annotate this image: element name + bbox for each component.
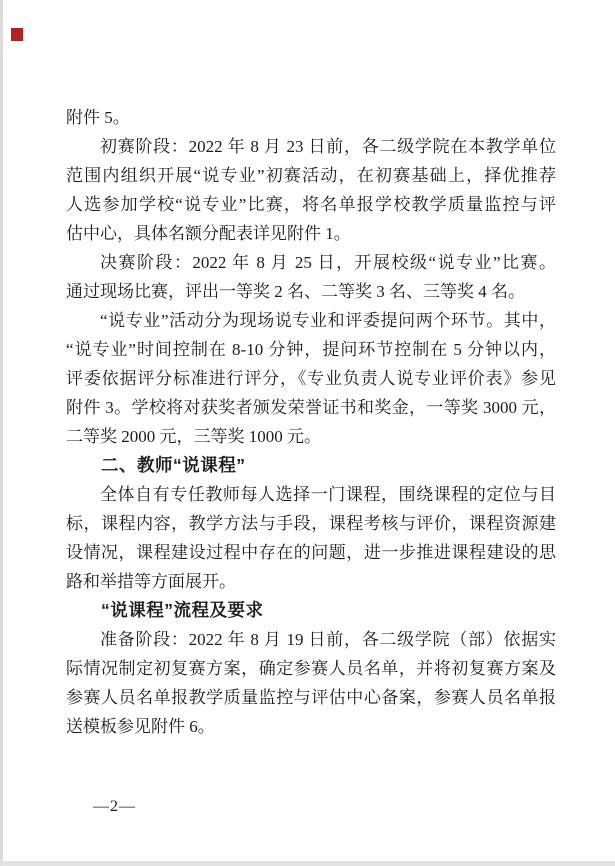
body-line: “说专业”时间控制在 8-10 分钟，提问环节控制在 5 分钟以内， [66, 335, 556, 364]
page-number: —2— [93, 798, 136, 816]
body-line: 标，课程内容，教学方法与手段，课程考核与评价，课程资源建 [66, 509, 556, 538]
document-body: 附件 5。 初赛阶段：2022 年 8 月 23 日前，各二级学院在本教学单位 … [66, 103, 556, 741]
body-line: 估中心，具体名额分配表详见附件 1。 [66, 219, 556, 248]
body-line: 准备阶段：2022 年 8 月 19 日前，各二级学院（部）依据实 [66, 625, 556, 654]
body-line: 人选参加学校“说专业”比赛，将名单报学校教学质量监控与评 [66, 190, 556, 219]
body-line: 附件 5。 [66, 103, 556, 132]
document-page: 附件 5。 初赛阶段：2022 年 8 月 23 日前，各二级学院在本教学单位 … [0, 0, 615, 866]
body-line: 设情况，课程建设过程中存在的问题，进一步推进课程建设的思 [66, 538, 556, 567]
body-line: “说专业”活动分为现场说专业和评委提问两个环节。其中， [66, 306, 556, 335]
body-line: 附件 3。学校将对获奖者颁发荣誉证书和奖金，一等奖 3000 元， [66, 393, 556, 422]
body-line: 通过现场比赛，评出一等奖 2 名、二等奖 3 名、三等奖 4 名。 [66, 277, 556, 306]
body-line: 参赛人员名单报教学质量监控与评估中心备案，参赛人员名单报 [66, 683, 556, 712]
body-line: 全体自有专任教师每人选择一门课程，围绕课程的定位与目 [66, 480, 556, 509]
body-line: 路和举措等方面展开。 [66, 567, 556, 596]
body-line: 送模板参见附件 6。 [66, 712, 556, 741]
section-heading-teacher-shuokecheng: 二、教师“说课程” [66, 451, 556, 480]
body-line: 初赛阶段：2022 年 8 月 23 日前，各二级学院在本教学单位 [66, 132, 556, 161]
body-line: 二等奖 2000 元，三等奖 1000 元。 [66, 422, 556, 451]
body-line: 评委依据评分标准进行评分，《专业负责人说专业评价表》参见 [66, 364, 556, 393]
section-heading-shuokecheng-process: “说课程”流程及要求 [66, 596, 556, 625]
body-line: 际情况制定初复赛方案，确定参赛人员名单，并将初复赛方案及 [66, 654, 556, 683]
red-corner-mark [11, 28, 23, 41]
body-line: 决赛阶段：2022 年 8 月 25 日，开展校级“说专业”比赛。 [66, 248, 556, 277]
body-line: 范围内组织开展“说专业”初赛活动，在初赛基础上，择优推荐 [66, 161, 556, 190]
